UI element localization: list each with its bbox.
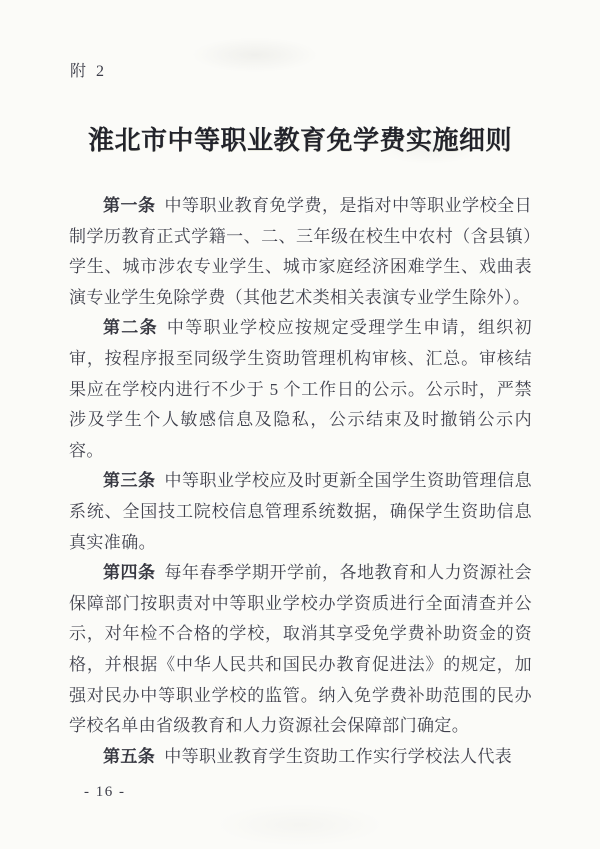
- article-text: 每年春季学期开学前，各地教育和人力资源社会保障部门按职责对中等职业学校办学资质进…: [69, 563, 532, 735]
- document-title: 淮北市中等职业教育免学费实施细则: [0, 120, 600, 157]
- article-paragraph: 第二条中等职业学校应按规定受理学生申请，组织初审，按程序报至同级学生资助管理机构…: [69, 313, 532, 466]
- article-lead: 第三条: [103, 471, 156, 490]
- article-lead: 第四条: [103, 563, 156, 582]
- article-text: 中等职业学校应按规定受理学生申请，组织初审，按程序报至同级学生资助管理机构审核、…: [69, 318, 532, 459]
- scanned-document-page: 附 2 淮北市中等职业教育免学费实施细则 第一条中等职业教育免学费，是指对中等职…: [0, 0, 600, 849]
- article-lead: 第五条: [103, 747, 155, 766]
- article-paragraph: 第三条中等职业学校应及时更新全国学生资助管理信息系统、全国技工院校信息管理系统数…: [69, 466, 532, 558]
- attachment-label: 附 2: [70, 58, 107, 81]
- article-paragraph: 第五条中等职业教育学生资助工作实行学校法人代表: [69, 742, 532, 773]
- article-paragraph: 第四条每年春季学期开学前，各地教育和人力资源社会保障部门按职责对中等职业学校办学…: [69, 558, 532, 742]
- page-number: - 16 -: [84, 784, 126, 801]
- article-paragraph: 第一条中等职业教育免学费，是指对中等职业学校全日制学历教育正式学籍一、二、三年级…: [69, 191, 532, 313]
- article-lead: 第二条: [103, 318, 158, 337]
- article-lead: 第一条: [103, 196, 156, 215]
- document-body: 第一条中等职业教育免学费，是指对中等职业学校全日制学历教育正式学籍一、二、三年级…: [69, 191, 532, 772]
- article-text: 中等职业教育学生资助工作实行学校法人代表: [164, 747, 512, 766]
